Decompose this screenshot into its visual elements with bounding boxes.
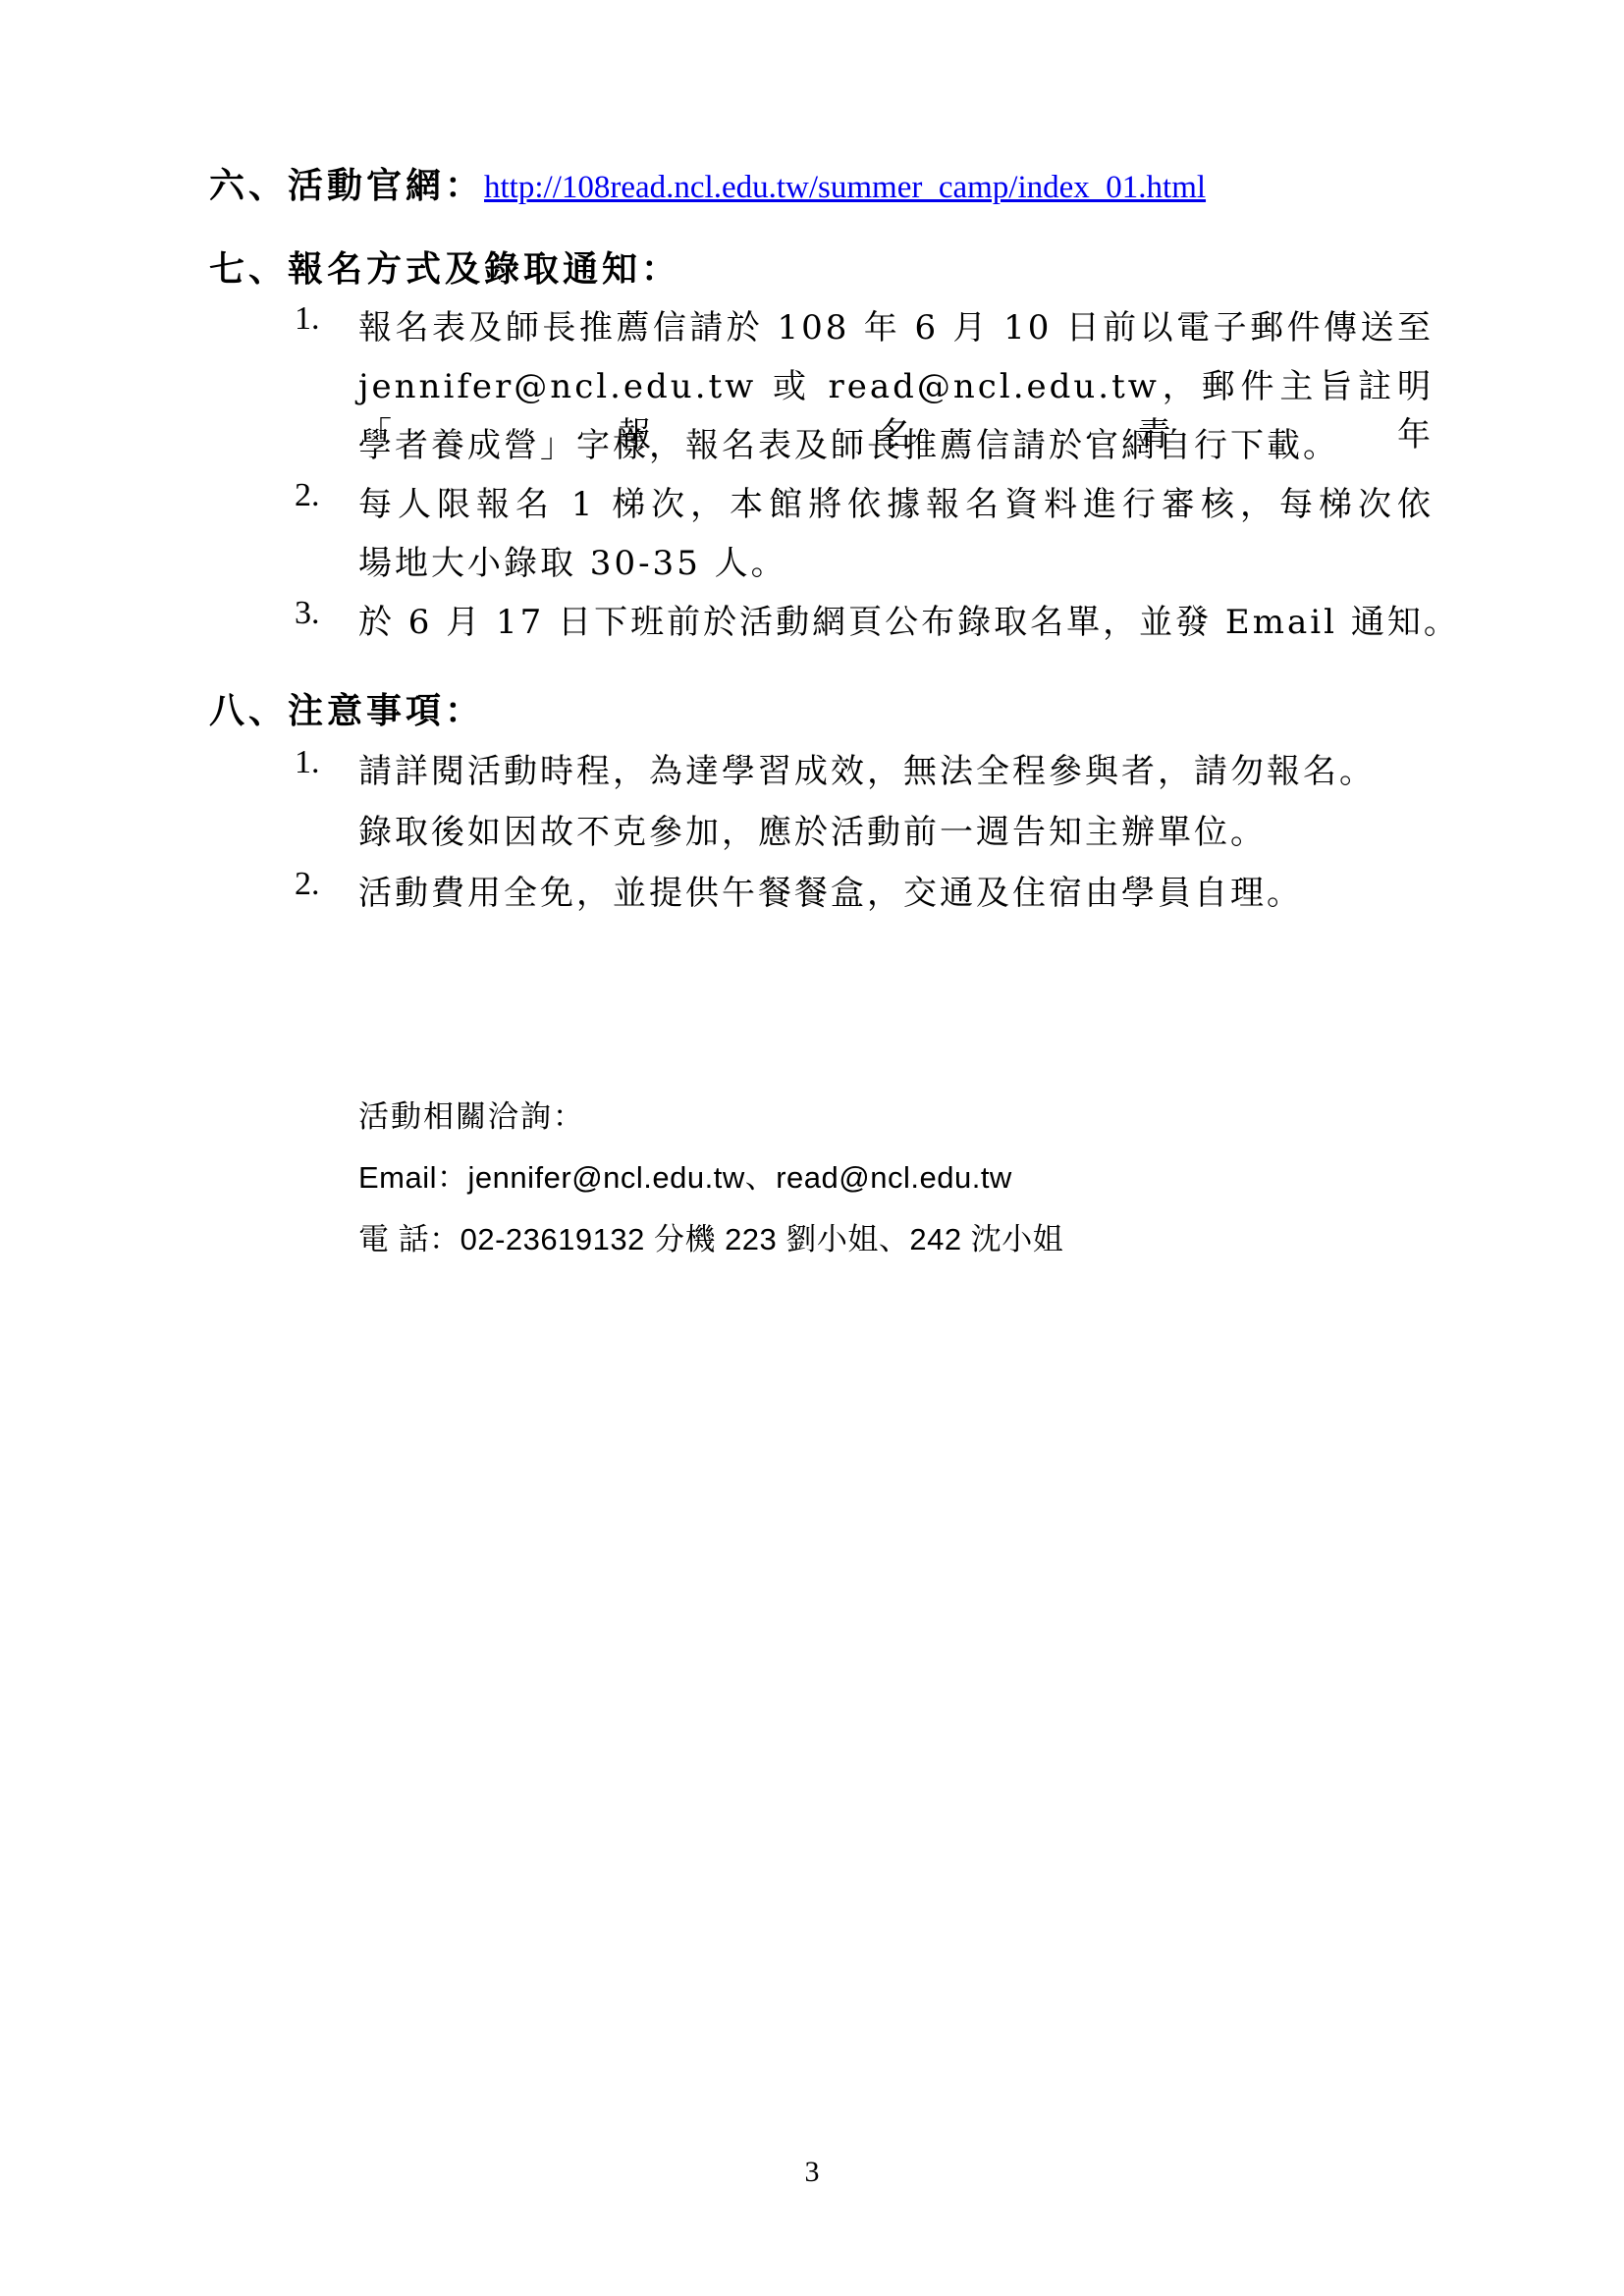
list-item-number: 2. xyxy=(295,866,320,903)
section-7-heading: 七、報名方式及錄取通知： xyxy=(209,241,680,292)
document-page: 六、活動官網：http://108read.ncl.edu.tw/summer_… xyxy=(0,0,1624,2296)
section-6-row: 六、活動官網：http://108read.ncl.edu.tw/summer_… xyxy=(209,158,1206,208)
list-item-line: 於 6 月 17 日下班前於活動網頁公布錄取名單，並發 Email 通知。 xyxy=(358,595,1434,643)
summer-camp-url-link[interactable]: http://108read.ncl.edu.tw/summer_camp/in… xyxy=(484,170,1206,206)
list-item-line: 每人限報名 1 梯次，本館將依據報名資料進行審核，每梯次依 xyxy=(358,477,1434,525)
list-item-line: 學者養成營」字樣，報名表及師長推薦信請於官網自行下載。 xyxy=(358,418,1434,466)
list-item-number: 3. xyxy=(295,595,320,632)
section-8-heading: 八、注意事項： xyxy=(209,683,484,733)
list-item-number: 2. xyxy=(295,477,320,514)
list-item-line: 錄取後如因故不克參加，應於活動前一週告知主辦單位。 xyxy=(358,805,1434,853)
contact-phone-line: 電 話：02-23619132 分機 223 劉小姐、242 沈小姐 xyxy=(358,1214,1063,1258)
page-number: 3 xyxy=(0,2156,1624,2189)
list-item-line: 報名表及師長推薦信請於 108 年 6 月 10 日前以電子郵件傳送至 xyxy=(358,300,1434,348)
list-item-number: 1. xyxy=(295,744,320,781)
section-6-heading: 六、活動官網： xyxy=(209,158,484,208)
list-item-number: 1. xyxy=(295,300,320,338)
list-item-line: 場地大小錄取 30-35 人。 xyxy=(358,536,1434,584)
list-item-line: 活動費用全免，並提供午餐餐盒，交通及住宿由學員自理。 xyxy=(358,866,1434,914)
contact-email-line: Email：jennifer@ncl.edu.tw、read@ncl.edu.t… xyxy=(358,1152,1012,1197)
list-item-line: 請詳閱活動時程，為達學習成效，無法全程參與者，請勿報名。 xyxy=(358,744,1434,792)
contact-title: 活動相關洽詢： xyxy=(358,1092,585,1136)
